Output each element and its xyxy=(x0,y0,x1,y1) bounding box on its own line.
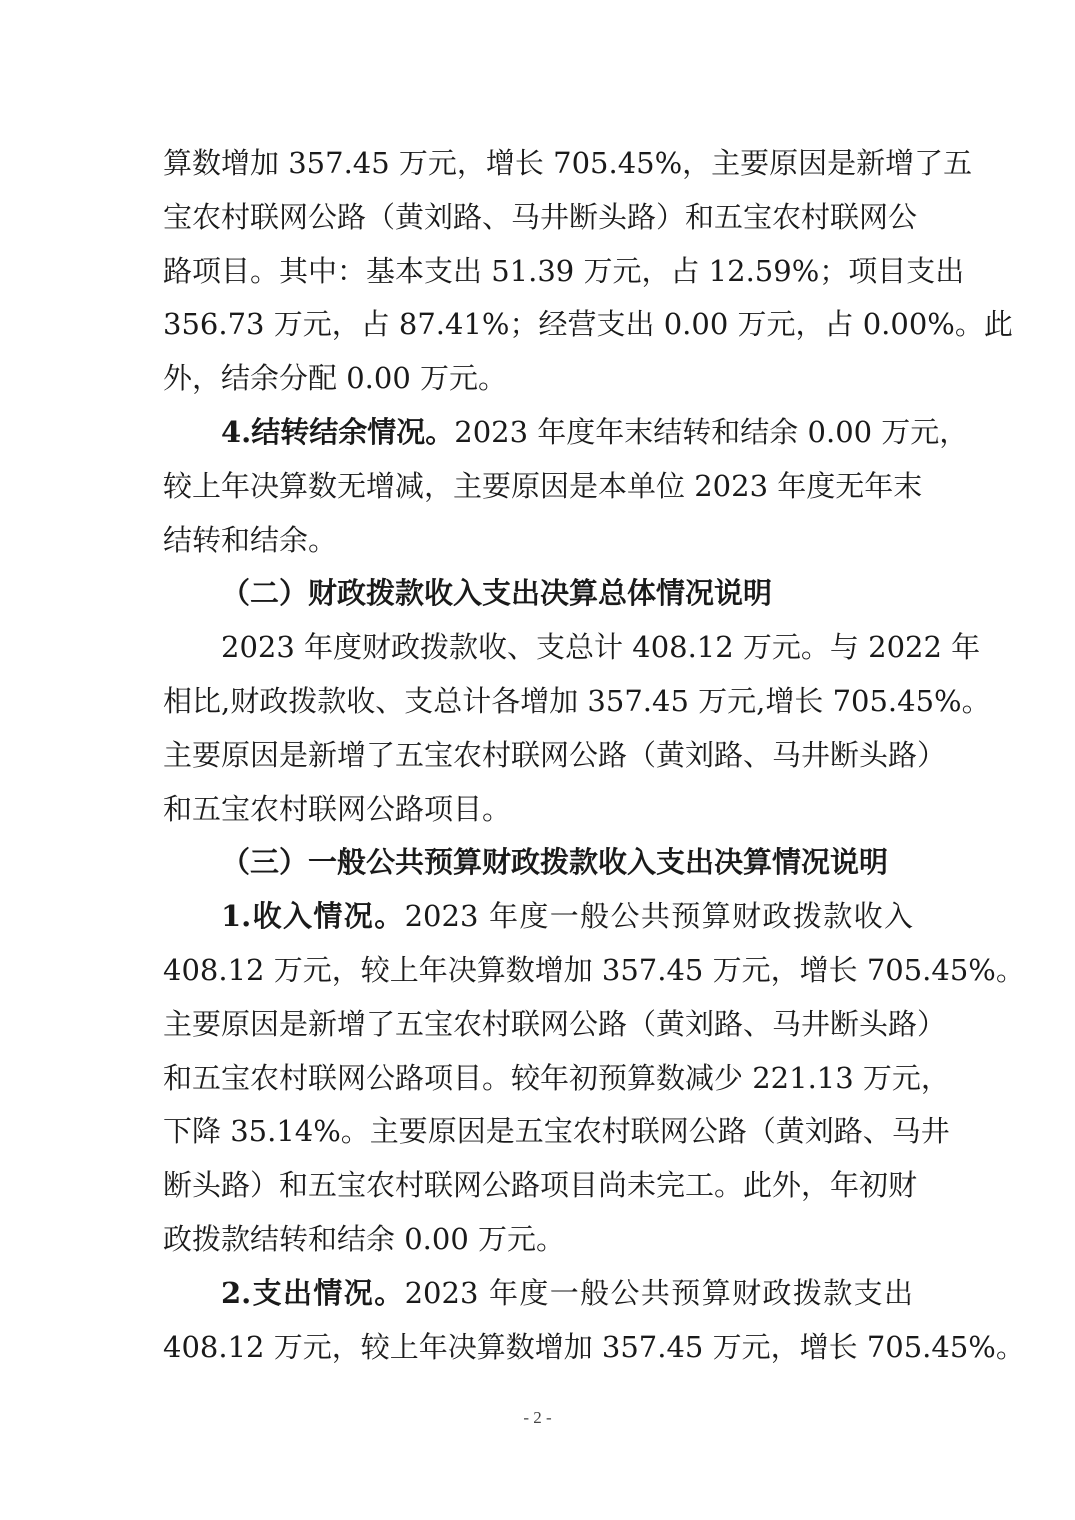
paragraph-lead: 1.收入情况。 xyxy=(221,899,405,933)
page-number: - 2 - xyxy=(0,1408,1075,1428)
text-line: 2.支出情况。2023 年度一般公共预算财政拨款支出 xyxy=(163,1267,913,1321)
text-line: 408.12 万元，较上年决算数增加 357.45 万元，增长 705.45%。 xyxy=(163,1321,913,1375)
text-line: 结转和结余。 xyxy=(163,514,913,568)
text-line: 下降 35.14%。主要原因是五宝农村联网公路（黄刘路、马井 xyxy=(163,1105,913,1159)
paragraph-fiscal-total: 2023 年度财政拨款收、支总计 408.12 万元。与 2022 年 相比,财… xyxy=(163,621,913,836)
paragraph-lead: 4.结转结余情况。 xyxy=(221,415,454,449)
text-line: 政拨款结转和结余 0.00 万元。 xyxy=(163,1213,913,1267)
text-line: 356.73 万元，占 87.41%；经营支出 0.00 万元，占 0.00%。… xyxy=(163,298,913,352)
paragraph-income: 1.收入情况。2023 年度一般公共预算财政拨款收入 408.12 万元，较上年… xyxy=(163,890,913,1267)
text-line: 和五宝农村联网公路项目。 xyxy=(163,783,913,837)
section-heading: （三）一般公共预算财政拨款收入支出决算情况说明 xyxy=(163,836,913,890)
paragraph-expenditure-continued: 算数增加 357.45 万元，增长 705.45%，主要原因是新增了五 宝农村联… xyxy=(163,137,913,406)
section-heading: （二）财政拨款收入支出决算总体情况说明 xyxy=(163,567,913,621)
text-line: 相比,财政拨款收、支总计各增加 357.45 万元,增长 705.45%。 xyxy=(163,675,913,729)
paragraph-lead: 2.支出情况。 xyxy=(221,1276,405,1310)
text-line: 外，结余分配 0.00 万元。 xyxy=(163,352,913,406)
text-span: 2023 年度年末结转和结余 0.00 万元， xyxy=(454,415,968,449)
text-line: 算数增加 357.45 万元，增长 705.45%，主要原因是新增了五 xyxy=(163,137,913,191)
text-line: 宝农村联网公路（黄刘路、马井断头路）和五宝农村联网公 xyxy=(163,191,913,245)
text-span: 2023 年度一般公共预算财政拨款收入 xyxy=(405,899,913,933)
text-line: 408.12 万元，较上年决算数增加 357.45 万元，增长 705.45%。 xyxy=(163,944,913,998)
text-span: 2023 年度一般公共预算财政拨款支出 xyxy=(405,1276,913,1310)
text-line: 2023 年度财政拨款收、支总计 408.12 万元。与 2022 年 xyxy=(163,621,913,675)
text-line: 主要原因是新增了五宝农村联网公路（黄刘路、马井断头路） xyxy=(163,729,913,783)
paragraph-carryover-balance: 4.结转结余情况。2023 年度年末结转和结余 0.00 万元， 较上年决算数无… xyxy=(163,406,913,567)
document-page: 算数增加 357.45 万元，增长 705.45%，主要原因是新增了五 宝农村联… xyxy=(163,137,913,1374)
text-line: 1.收入情况。2023 年度一般公共预算财政拨款收入 xyxy=(163,890,913,944)
paragraph-expenditure: 2.支出情况。2023 年度一般公共预算财政拨款支出 408.12 万元，较上年… xyxy=(163,1267,913,1375)
text-line: 路项目。其中：基本支出 51.39 万元，占 12.59%；项目支出 xyxy=(163,245,913,299)
text-line: 和五宝农村联网公路项目。较年初预算数减少 221.13 万元， xyxy=(163,1052,913,1106)
text-line: 较上年决算数无增减，主要原因是本单位 2023 年度无年末 xyxy=(163,460,913,514)
text-line: 4.结转结余情况。2023 年度年末结转和结余 0.00 万元， xyxy=(163,406,913,460)
text-line: 断头路）和五宝农村联网公路项目尚未完工。此外，年初财 xyxy=(163,1159,913,1213)
text-line: 主要原因是新增了五宝农村联网公路（黄刘路、马井断头路） xyxy=(163,998,913,1052)
